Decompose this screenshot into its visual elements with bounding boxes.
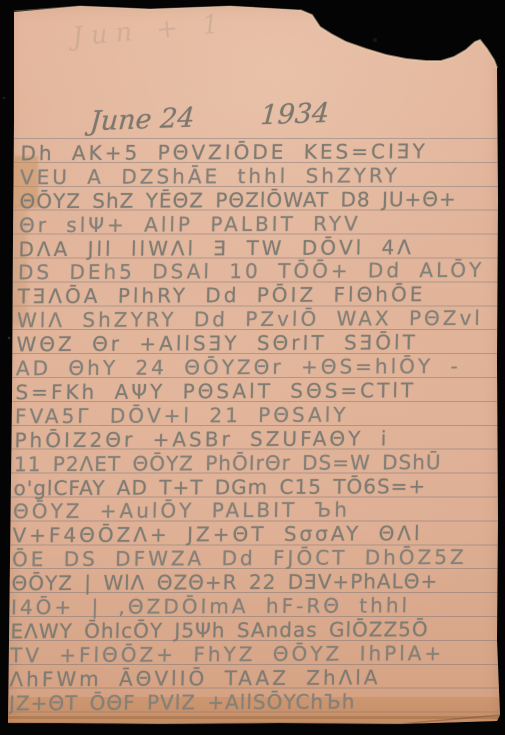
letter-body: Dh AK+5 PΘVZIŌDE KES=CIƎY VEU A DZShĀE t… — [0, 0, 505, 735]
letter-line: PhŌIZ2Θr +ASBr SZUFAΘY i — [14, 426, 496, 453]
letter-line: VEU A DZShĀE thhl ShZYRY — [20, 163, 502, 190]
letter-line: ŌE DS DFWZA Dd FJŌCT DhŌZ5Z — [12, 545, 494, 572]
letter-line: ΘŌYZ ShZ YĒΘZ PΘZlŌWAT D8 JU+Θ+ — [19, 187, 501, 214]
letter-line: ΘŌYZ | WlΛ ΘZΘ+R 22 DƎV+PhALΘ+ — [11, 569, 493, 596]
letter-line: TV +FlΘŌZ+ FhYZ ΘŌYZ IhPlA+ — [10, 641, 492, 668]
letter-line: EΛWY ŌhlcŌY J5Ψh SAndas GlŌZZ5Ō — [10, 617, 492, 644]
letter-line: Θr slΨ+ AllP PALBIT RYV — [19, 211, 501, 238]
letter-line: Dh AK+5 PΘVZIŌDE KES=CIƎY — [20, 139, 502, 166]
letter-line: FVA5Г DŌV+l 21 PΘSAlY — [15, 402, 497, 429]
letter-line: WlΛ ShZYRY Dd PZvlŌ WAX PΘZvl — [17, 306, 499, 333]
letter-line: S=FKh AΨY PΘSAlT SΘS=CTlT — [15, 378, 497, 405]
photo-background: Jun + 1 June 241934 Dh AK+5 PΘVZIŌDE KES… — [0, 0, 505, 735]
letter-line: DS DEh5 DSAl 10 TŌŌ+ Dd ALŌY — [18, 258, 500, 285]
paper-sheet: Jun + 1 June 241934 Dh AK+5 PΘVZIŌDE KES… — [0, 0, 505, 735]
letter-line: JZ+ΘT ŌΘF PVlZ +AllSŌYChЪh — [9, 689, 491, 716]
letter-line: AD ΘhY 24 ΘŌYZΘr +ΘS=hlŌY - — [16, 354, 498, 381]
letter-line: WΘZ Θr +AllSƎY SΘrIT SƎŌlT — [16, 330, 498, 357]
letter-line: V+F4ΘŌZΛ+ JZ+ΘT SσσAY ΘΛl — [12, 521, 494, 548]
letter-line: ΘŌYZ +AulŌY PALBIT Ъh — [13, 497, 495, 524]
letter-line: TƎΛŌA PlhRY Dd PŌIZ FlΘhŌE — [17, 282, 499, 309]
letter-line: ΛhFWm ĀΘVlIŌ TAAZ ZhΛlA — [9, 665, 491, 692]
letter-line: 11 P2ΛET ΘŌYZ PhŌIrΘr DS=W DShŪ — [14, 450, 496, 477]
letter-line: I4Ō+ | ,ΘZDŌImA hF-RΘ thhl — [11, 593, 493, 620]
